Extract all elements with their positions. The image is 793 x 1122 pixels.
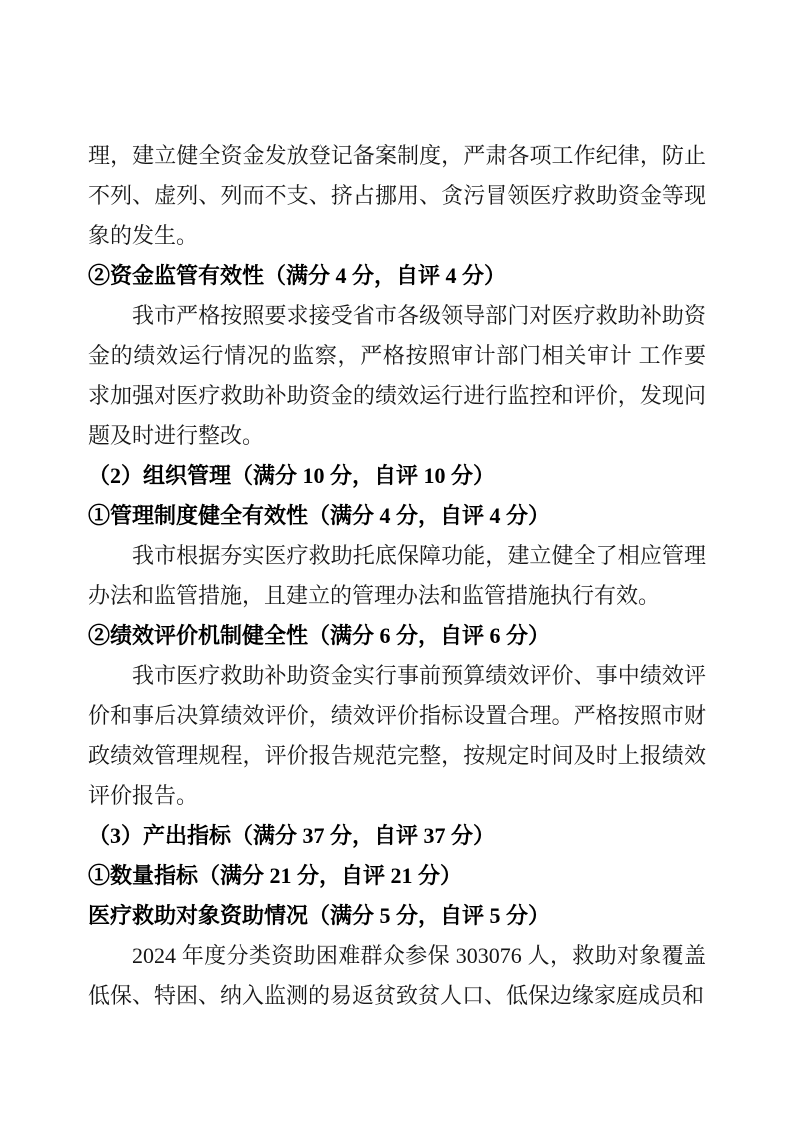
document-page: 理，建立健全资金发放登记备案制度，严肃各项工作纪律，防止不列、虚列、列而不支、挤… — [0, 0, 793, 1122]
section-heading: ①管理制度健全有效性（满分 4 分，自评 4 分） — [88, 496, 706, 536]
section-heading: ②资金监管有效性（满分 4 分，自评 4 分） — [88, 256, 706, 296]
section-heading: ②绩效评价机制健全性（满分 6 分，自评 6 分） — [88, 616, 706, 656]
document-body: 理，建立健全资金发放登记备案制度，严肃各项工作纪律，防止不列、虚列、列而不支、挤… — [88, 136, 706, 1016]
section-heading: ①数量指标（满分 21 分，自评 21 分） — [88, 856, 706, 896]
paragraph: 我市严格按照要求接受省市各级领导部门对医疗救助补助资金的绩效运行情况的监察，严格… — [88, 296, 706, 456]
paragraph: 我市根据夯实医疗救助托底保障功能，建立健全了相应管理办法和监管措施，且建立的管理… — [88, 536, 706, 616]
section-heading: （3）产出指标（满分 37 分，自评 37 分） — [88, 816, 706, 856]
paragraph: 2024 年度分类资助困难群众参保 303076 人，救助对象覆盖低保、特困、纳… — [88, 936, 706, 1016]
paragraph-continued: 理，建立健全资金发放登记备案制度，严肃各项工作纪律，防止不列、虚列、列而不支、挤… — [88, 136, 706, 256]
paragraph: 我市医疗救助补助资金实行事前预算绩效评价、事中绩效评价和事后决算绩效评价，绩效评… — [88, 656, 706, 816]
section-heading: （2）组织管理（满分 10 分，自评 10 分） — [88, 456, 706, 496]
section-heading: 医疗救助对象资助情况（满分 5 分，自评 5 分） — [88, 896, 706, 936]
